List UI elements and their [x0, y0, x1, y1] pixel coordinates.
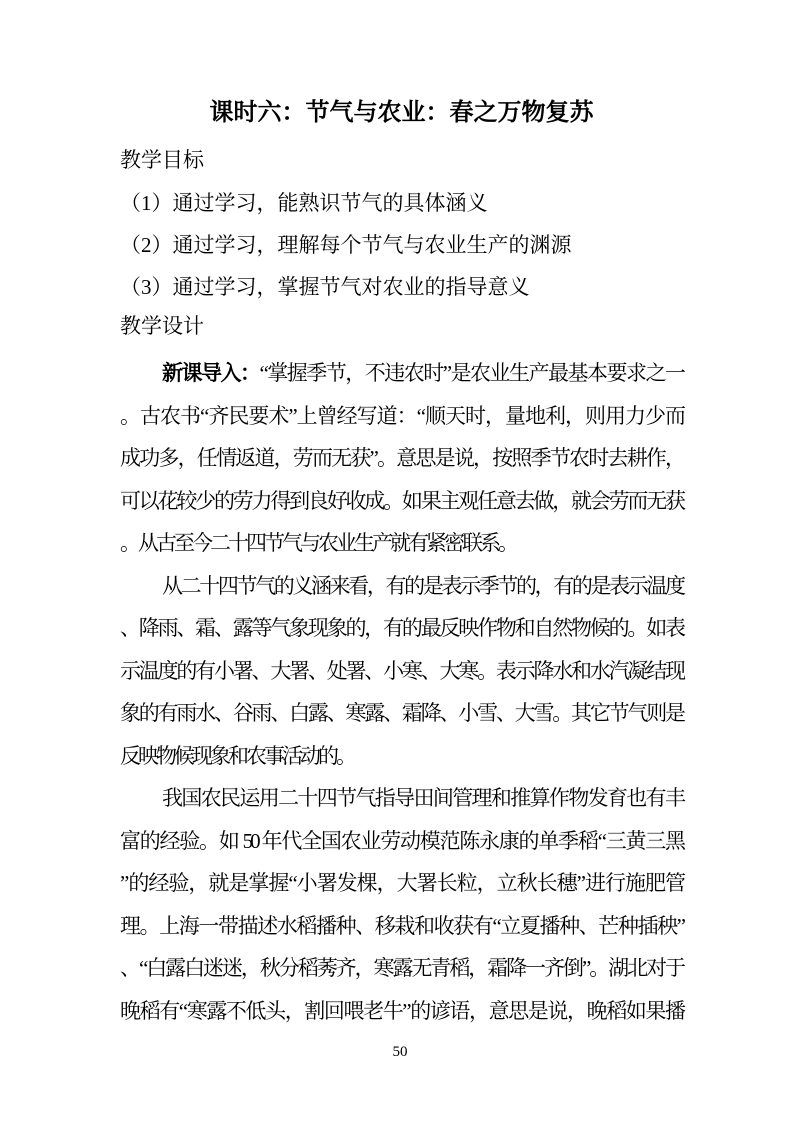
paragraph-intro: 新课导入：“掌握季节，不违农时”是农业生产最基本要求之一 。古农书“齐民要术”上…	[120, 352, 683, 565]
document-page: 课时六：节气与农业：春之万物复苏 教学目标 （1）通过学习，能熟识节气的具体涵义…	[0, 0, 800, 1131]
text-line: 示温度的有小署、大署、处署、小寒、大寒。表示降水和水汽凝结现	[120, 650, 683, 693]
paragraph-farmers: 我国农民运用二十四节气指导田间管理和推算作物发育也有丰 富的经验。如 50 年代…	[120, 777, 683, 1032]
text-line: 、降雨、霜、露等气象现象的，有的最反映作物和自然物候的。如表	[120, 607, 683, 650]
text-line: 。古农书“齐民要术”上曾经写道：“顺天时，量地利，则用力少而	[120, 395, 683, 438]
objective-item: （2）通过学习，理解每个节气与农业生产的渊源	[120, 224, 683, 266]
objective-item: （1）通过学习，能熟识节气的具体涵义	[120, 182, 683, 224]
text-line: 理。上海一带描述水稻播种、移栽和收获有“立夏播种、芒种插秧”	[120, 905, 683, 948]
text-line: 富的经验。如 50 年代全国农业劳动模范陈永康的单季稻“三黄三黑	[120, 820, 683, 863]
document-title: 课时六：节气与农业：春之万物复苏	[120, 98, 683, 128]
text-line: 从二十四节气的义涵来看，有的是表示季节的，有的是表示温度	[120, 565, 683, 608]
text-line: 可以花较少的劳力得到良好收成。如果主观任意去做，就会劳而无获	[120, 480, 683, 523]
text-line: 成功多，任情返道，劳而无获”。意思是说，按照季节农时去耕作，	[120, 437, 683, 480]
text-line: 。从古至今二十四节气与农业生产就有紧密联系。	[120, 522, 683, 565]
text-line: ”的经验，就是掌握“小署发棵，大署长粒，立秋长穗”进行施肥管	[120, 862, 683, 905]
text-line: 新课导入：“掌握季节，不违农时”是农业生产最基本要求之一	[120, 352, 683, 395]
section-heading-design: 教学设计	[120, 311, 683, 341]
section-heading-objectives: 教学目标	[120, 145, 683, 175]
text-line: 晚稻有“寒露不低头，割回喂老牛”的谚语，意思是说，晚稻如果播	[120, 990, 683, 1033]
text-line: 象的有雨水、谷雨、白露、寒露、霜降、小雪、大雪。其它节气则是	[120, 692, 683, 735]
text-line: 、“白露白迷迷，秋分稻莠齐，寒露无青稻，霜降一齐倒”。湖北对于	[120, 947, 683, 990]
page-number: 50	[0, 1042, 800, 1062]
text-line: 我国农民运用二十四节气指导田间管理和推算作物发育也有丰	[120, 777, 683, 820]
intro-lead: 新课导入：	[162, 361, 259, 385]
intro-line-text: “掌握季节，不违农时”是农业生产最基本要求之一	[259, 361, 683, 385]
paragraph-terms: 从二十四节气的义涵来看，有的是表示季节的，有的是表示温度 、降雨、霜、露等气象现…	[120, 565, 683, 778]
text-line: 反映物候现象和农事活动的。	[120, 735, 683, 778]
objectives-list: （1）通过学习，能熟识节气的具体涵义 （2）通过学习，理解每个节气与农业生产的渊…	[120, 182, 683, 308]
objective-item: （3）通过学习，掌握节气对农业的指导意义	[120, 266, 683, 308]
document-content: 课时六：节气与农业：春之万物复苏 教学目标 （1）通过学习，能熟识节气的具体涵义…	[120, 0, 683, 1032]
